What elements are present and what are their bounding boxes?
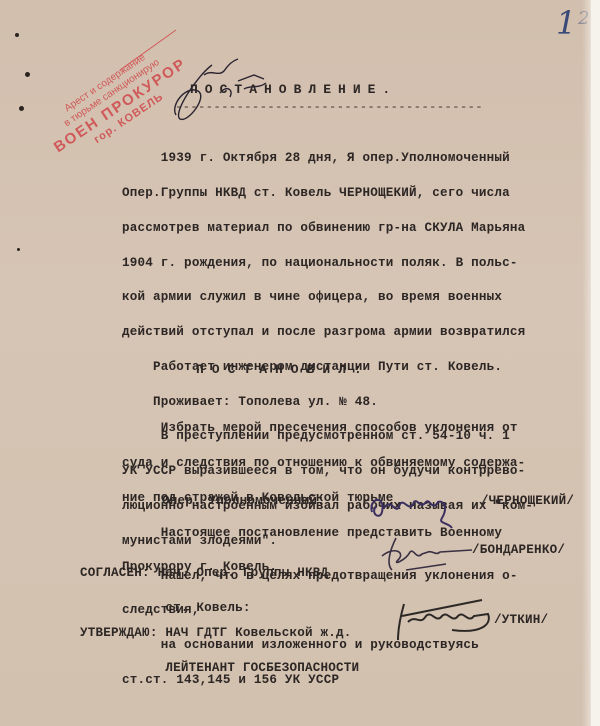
signature-3-label: УТВЕРЖДАЮ: НАЧ ГДТГ Ковельской ж.д. ЛЕЙТ… (80, 605, 359, 698)
signature-2-label-line: СОГЛАСЕН: Нач. Опер. Группы НКВД (80, 568, 328, 580)
body-line: кой армии служил в чине офицера, во врем… (122, 292, 533, 304)
punch-hole (15, 33, 19, 37)
body-line: Опер.Группы НКВД ст. Ковель ЧЕРНОЩЕКИЙ, … (122, 188, 533, 200)
body-line: 1939 г. Октября 28 дня, Я опер.Уполномоч… (122, 153, 533, 165)
punch-hole (17, 248, 20, 251)
signature-2-name: /БОНДАРЕНКО/ (472, 545, 565, 557)
punch-hole (19, 106, 24, 111)
handwritten-signature-icon (366, 488, 466, 533)
handwritten-signature-icon (376, 530, 476, 575)
handwritten-signature-icon (392, 594, 512, 644)
body-line: 1904 г. рождения, по национальности поля… (122, 258, 533, 270)
resolution-line: Избрать мерой пресечения способов уклоне… (122, 423, 525, 435)
page-number: 1 (556, 4, 576, 42)
signature-3-label-line: УТВЕРЖДАЮ: НАЧ ГДТГ Ковельской ж.д. (80, 628, 359, 640)
signature-1-name: /ЧЕРНОЩЕКИЙ/ (481, 496, 574, 508)
punch-hole (25, 72, 30, 77)
body-line: действий отступал и после разгрома армии… (122, 327, 533, 339)
resolution-line: суда и следствия по отношению к обвиняем… (122, 458, 525, 470)
resolution-heading: ПОСТАНОВИЛ: (196, 362, 370, 377)
document-page: 1 2 Арест и содержание в тюрьме санкцион… (0, 0, 591, 726)
body-line: рассмотрев материал по обвинению гр-на С… (122, 223, 533, 235)
signature-3-label-line: ЛЕЙТЕНАНТ ГОСБЕЗОПАСНОСТИ (80, 663, 359, 675)
signature-1-label: Опер. Уполномоченный: (162, 496, 325, 508)
handwritten-annotation-icon (168, 45, 278, 130)
page-number-faint: 2 (578, 8, 589, 29)
